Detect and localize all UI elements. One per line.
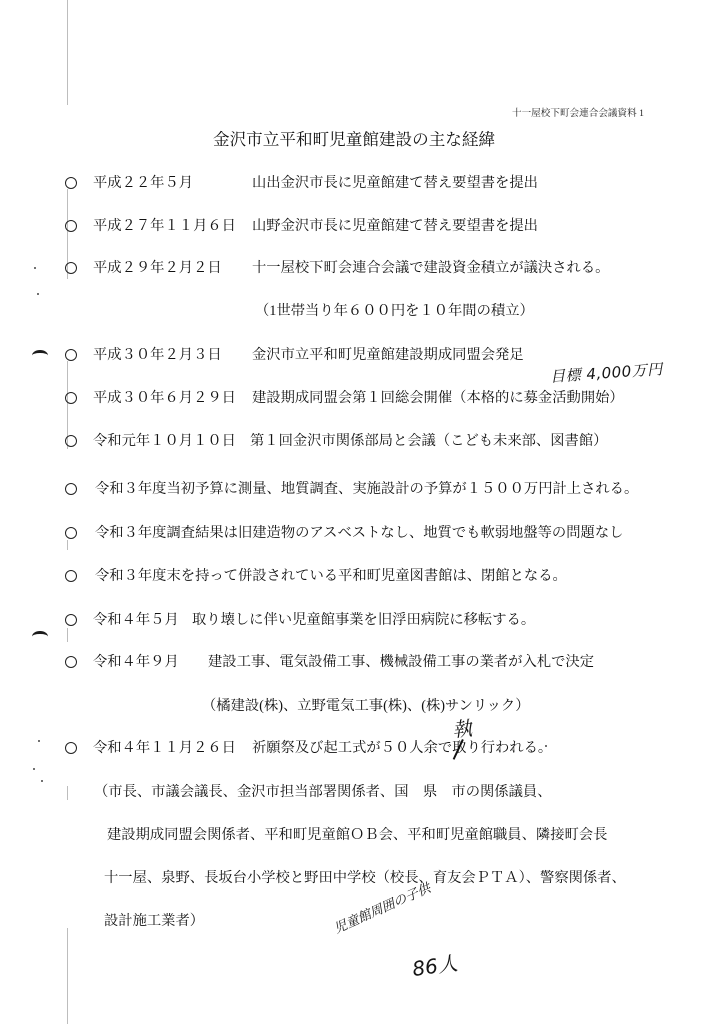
bullet-circle-icon xyxy=(65,177,77,189)
bullet-circle-icon xyxy=(65,220,77,232)
event-text: 第１回金沢市関係部局と会議（こども未来部、図書館） xyxy=(250,431,607,451)
contractor-list: （橘建設(株)、立野電気工事(株)、(株)サンリック） xyxy=(202,696,530,716)
participants-line: 設計施工業者） xyxy=(104,911,204,931)
bullet-circle-icon xyxy=(65,435,77,447)
punch-hole-mark xyxy=(32,350,48,361)
event-date: 平成３０年２月３日 xyxy=(93,345,222,365)
event-date: 平成３０年６月２９日 xyxy=(93,388,236,408)
handwritten-children-count: 86人 xyxy=(410,947,459,982)
participants-line: （市長、市議会議長、金沢市担当部署関係者、国 県 市の関係議員、 xyxy=(94,782,552,802)
scan-speck xyxy=(33,768,35,770)
event-date: 令和４年１１月２６日 xyxy=(93,738,236,758)
event-date: 平成２７年１１月６日 xyxy=(93,216,236,236)
event-text: 山出金沢市長に児童館建て替え要望書を提出 xyxy=(252,173,538,193)
margin-line xyxy=(67,628,68,642)
event-text: 令和３年度調査結果は旧建造物のアスベストなし、地質でも軟弱地盤等の問題なし xyxy=(95,523,623,543)
event-text: 建設工事、電気設備工事、機械設備工事の業者が入札で決定 xyxy=(208,652,594,672)
margin-line xyxy=(67,786,68,800)
margin-line xyxy=(67,928,68,1024)
bullet-circle-icon xyxy=(65,570,77,582)
page-title: 金沢市立平和町児童館建設の主な経緯 xyxy=(213,129,495,151)
bullet-circle-icon xyxy=(65,392,77,404)
event-date: 令和４年５月 xyxy=(93,610,179,630)
punch-hole-mark xyxy=(32,631,48,642)
bullet-circle-icon xyxy=(65,262,77,274)
participants-line: 建設期成同盟会関係者、平和町児童館ＯＢ会、平和町児童館職員、隣接町会長 xyxy=(107,825,607,845)
handwritten-goal-note: 目標 4,000万円 xyxy=(549,358,663,387)
scan-speck xyxy=(34,267,36,269)
event-text: 令和３年度当初予算に測量、地質調査、実施設計の予算が１５００万円計上される。 xyxy=(95,479,638,499)
bullet-circle-icon xyxy=(65,483,77,495)
handwritten-correction: 執 xyxy=(451,712,474,743)
event-text-after: り行われる。 xyxy=(466,740,552,756)
event-text: 祈願祭及び起工式が５０人余で取り行われる。 xyxy=(252,738,552,758)
event-text-before: 祈願祭及び起工式が５０人余で xyxy=(252,740,452,756)
event-date: 平成２２年５月 xyxy=(93,173,193,193)
event-text: 令和３年度末を持って併設されている平和町児童図書館は、閉館となる。 xyxy=(95,566,567,586)
bullet-circle-icon xyxy=(65,656,77,668)
event-text: 山野金沢市長に児童館建て替え要望書を提出 xyxy=(252,216,538,236)
bullet-circle-icon xyxy=(65,527,77,539)
event-text: 金沢市立平和町児童館建設期成同盟会発足 xyxy=(252,345,524,365)
scan-speck xyxy=(38,740,40,742)
margin-line xyxy=(67,0,68,105)
event-date: 令和４年９月 xyxy=(93,652,179,672)
document-reference-note: 十一屋校下町会連合会議資料 1 xyxy=(512,107,644,121)
event-text: 十一屋校下町会連合会議で建設資金積立が議決される。 xyxy=(252,258,609,278)
bullet-circle-icon xyxy=(65,742,77,754)
bullet-circle-icon xyxy=(65,614,77,626)
event-note: （1世帯当り年６００円を１０年間の積立） xyxy=(255,301,534,321)
event-text: 取り壊しに伴い児童館事業を旧浮田病院に移転する。 xyxy=(192,610,535,630)
scan-speck xyxy=(41,780,43,782)
margin-line xyxy=(67,540,68,550)
event-text: 建設期成同盟会第１回総会開催（本格的に募金活動開始） xyxy=(252,388,624,408)
bullet-circle-icon xyxy=(65,349,77,361)
event-date: 平成２９年２月２日 xyxy=(93,258,222,278)
event-date: 令和元年１０月１０日 xyxy=(93,431,236,451)
scan-speck xyxy=(37,293,39,295)
participants-line: 十一屋、泉野、長坂台小学校と野田中学校（校長、育友会ＰＴＡ）、警察関係者、 xyxy=(104,868,626,888)
